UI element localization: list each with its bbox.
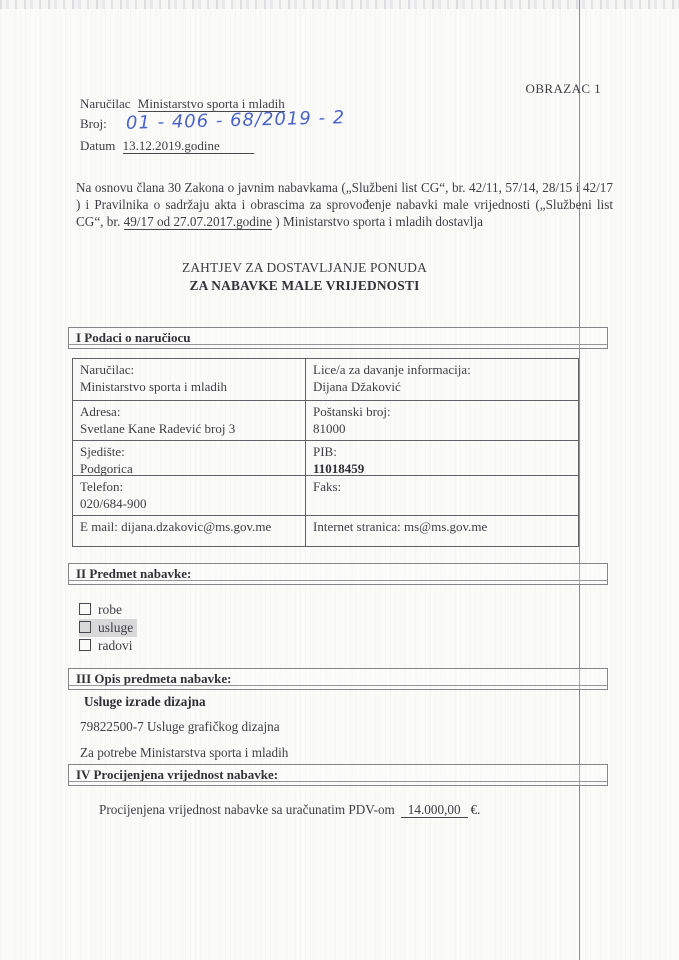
section-2-underline [69, 580, 607, 581]
broj-handwritten-value: 01 - 406 - 68/2019 - 2 [126, 107, 346, 134]
option-label: radovi [98, 638, 133, 653]
document-title: ZAHTJEV ZA DOSTAVLJANJE PONUDA ZA NABAVK… [0, 259, 609, 294]
datum-line: Datum 13.12.2019.godine [80, 138, 254, 154]
section-1-underline [69, 344, 607, 345]
table-cell-faks: Faks: [306, 475, 578, 515]
estimated-value-text: Procijenjena vrijednost nabavke sa uraču… [99, 802, 395, 817]
section-4-header: IV Procijenjena vrijednost nabavke: [68, 764, 608, 786]
cell-value: Svetlane Kane Radević broj 3 [80, 420, 297, 437]
form-number-label: OBRAZAC 1 [526, 81, 601, 97]
cell-value: 020/684-900 [80, 495, 297, 512]
scan-artifact-line [579, 0, 580, 960]
option-usluge-highlighted: usluge [79, 619, 137, 637]
estimated-value-amount: 14.000,00 [401, 802, 468, 818]
cell-label: Sjedište: [80, 443, 297, 460]
cell-label: Faks: [313, 478, 570, 495]
option-label: robe [98, 602, 122, 617]
intro-underlined-reference: 49/17 od 27.07.2017.godine [124, 214, 272, 230]
narucilac-label: Naručilac [80, 96, 131, 111]
cell-value: Podgorica [80, 460, 297, 475]
legal-intro-paragraph: Na osnovu člana 30 Zakona o javnim nabav… [76, 180, 613, 230]
cell-value: 81000 [313, 420, 570, 437]
checkbox-icon [79, 603, 91, 615]
datum-value: 13.12.2019.godine [123, 138, 254, 154]
broj-label: Broj: [80, 116, 107, 131]
option-label: usluge [98, 620, 133, 635]
title-line-2: ZA NABAVKE MALE VRIJEDNOSTI [190, 278, 420, 293]
table-cell-email: E mail: dijana.dzakovic@ms.gov.me [73, 515, 306, 546]
estimated-value-line: Procijenjena vrijednost nabavke sa uraču… [99, 802, 480, 818]
table-cell-postanski-broj: Poštanski broj: 81000 [306, 400, 578, 440]
cell-value: Ministarstvo sporta i mladih [80, 378, 297, 395]
intro-text-after: ) Ministarstvo sporta i mladih dostavlja [272, 214, 483, 229]
section-1-header: I Podaci o naručiocu [68, 327, 608, 349]
cell-value: Dijana Džaković [313, 378, 570, 395]
buyer-info-table: Naručilac: Ministarstvo sporta i mladih … [72, 358, 579, 547]
table-cell-adresa: Adresa: Svetlane Kane Radević broj 3 [73, 400, 306, 440]
table-cell-internet: Internet stranica: ms@ms.gov.me [306, 515, 578, 546]
cell-label: Telefon: [80, 478, 297, 495]
cpv-code-line: 79822500-7 Usluge grafičkog dizajna [80, 719, 560, 735]
section-4-underline [69, 781, 607, 782]
cell-label: PIB: [313, 443, 570, 460]
cell-label: Internet stranica: ms@ms.gov.me [313, 518, 570, 535]
table-cell-telefon: Telefon: 020/684-900 [73, 475, 306, 515]
datum-label: Datum [80, 138, 115, 153]
table-cell-sjediste: Sjedište: Podgorica [73, 440, 306, 475]
cell-label: Poštanski broj: [313, 403, 570, 420]
purpose-line: Za potrebe Ministarstva sporta i mladih [80, 745, 560, 761]
table-cell-contact-person: Lice/a za davanje informacija: Dijana Dž… [306, 359, 578, 400]
currency-suffix: €. [471, 802, 481, 817]
option-radovi: radovi [79, 637, 137, 655]
option-usluge-wrap: usluge [79, 619, 137, 637]
checkbox-icon [79, 621, 91, 633]
cell-label: Adresa: [80, 403, 297, 420]
cell-value-pib: 11018459 [313, 460, 570, 475]
checkbox-icon [79, 639, 91, 651]
section-3-header: III Opis predmeta nabavke: [68, 668, 608, 690]
title-line-1: ZAHTJEV ZA DOSTAVLJANJE PONUDA [182, 260, 427, 275]
broj-line: Broj: 01 - 406 - 68/2019 - 2 [80, 112, 345, 133]
description-title: Usluge izrade dizajna [84, 694, 560, 710]
section-3-underline [69, 685, 607, 686]
subject-description-block: Usluge izrade dizajna 79822500-7 Usluge … [80, 694, 560, 761]
scan-noise-band [0, 0, 679, 9]
procurement-type-options: robe usluge radovi [79, 601, 137, 655]
cell-label: Lice/a za davanje informacija: [313, 361, 570, 378]
option-radovi-wrap: radovi [79, 637, 137, 655]
cell-label: Naručilac: [80, 361, 297, 378]
option-robe: robe [79, 601, 137, 619]
option-robe-wrap: robe [79, 601, 126, 619]
section-2-header: II Predmet nabavke: [68, 563, 608, 585]
cell-label: E mail: dijana.dzakovic@ms.gov.me [80, 518, 297, 535]
table-cell-narucilac: Naručilac: Ministarstvo sporta i mladih [73, 359, 306, 400]
table-cell-pib: PIB: 11018459 [306, 440, 578, 475]
scanned-document-page: OBRAZAC 1 Naručilac Ministarstvo sporta … [0, 0, 679, 960]
